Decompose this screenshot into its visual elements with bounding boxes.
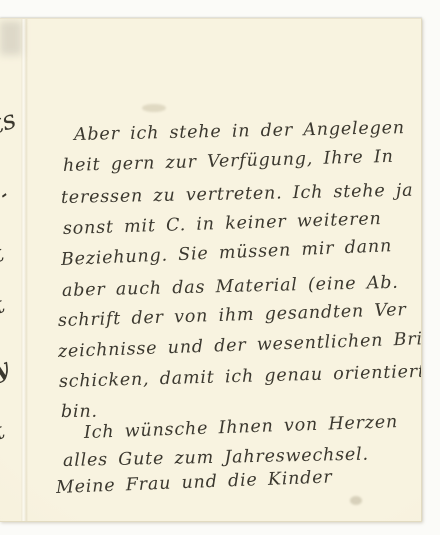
paper-smudge xyxy=(350,496,362,505)
stray-ink-mark: y xyxy=(0,352,12,384)
stray-ink-mark: ts xyxy=(0,105,20,141)
paper-smudge xyxy=(142,104,166,112)
handwriting-line: schicken, damit ich genau orientiert xyxy=(59,362,422,392)
handwriting-line: teressen zu vertreten. Ich stehe ja xyxy=(61,181,414,209)
handwriting-line: Ich wünsche Ihnen von Herzen xyxy=(84,412,399,443)
scanned-letter-photo: ts - t t y t Aber ich stehe in der Angel… xyxy=(0,0,440,535)
handwriting-line: schrift der von ihm gesandten Ver xyxy=(58,300,407,331)
stray-ink-mark: t xyxy=(0,293,9,319)
stray-ink-mark: t xyxy=(0,419,9,445)
handwriting-line: Meine Frau und die Kinder xyxy=(56,467,333,498)
letter-paper: ts - t t y t Aber ich stehe in der Angel… xyxy=(0,18,422,522)
stray-ink-mark: t xyxy=(0,242,8,268)
handwriting-line: heit gern zur Verfügung, Ihre In xyxy=(63,147,394,176)
handwriting-line: bin. xyxy=(61,402,98,422)
stray-ink-mark: - xyxy=(0,185,11,203)
fold-crease xyxy=(21,19,28,521)
handwriting-line: Beziehung. Sie müssen mir dann xyxy=(61,236,393,270)
handwriting-line: zeichnisse und der wesentlichen Briefe) xyxy=(58,328,422,362)
handwriting-line: Aber ich stehe in der Angelegen xyxy=(74,118,405,145)
handwriting-line: aber auch das Material (eine Ab. xyxy=(62,273,399,301)
paper-corner-shadow xyxy=(0,21,22,55)
handwriting-line: sonst mit C. in keiner weiteren xyxy=(63,209,382,239)
